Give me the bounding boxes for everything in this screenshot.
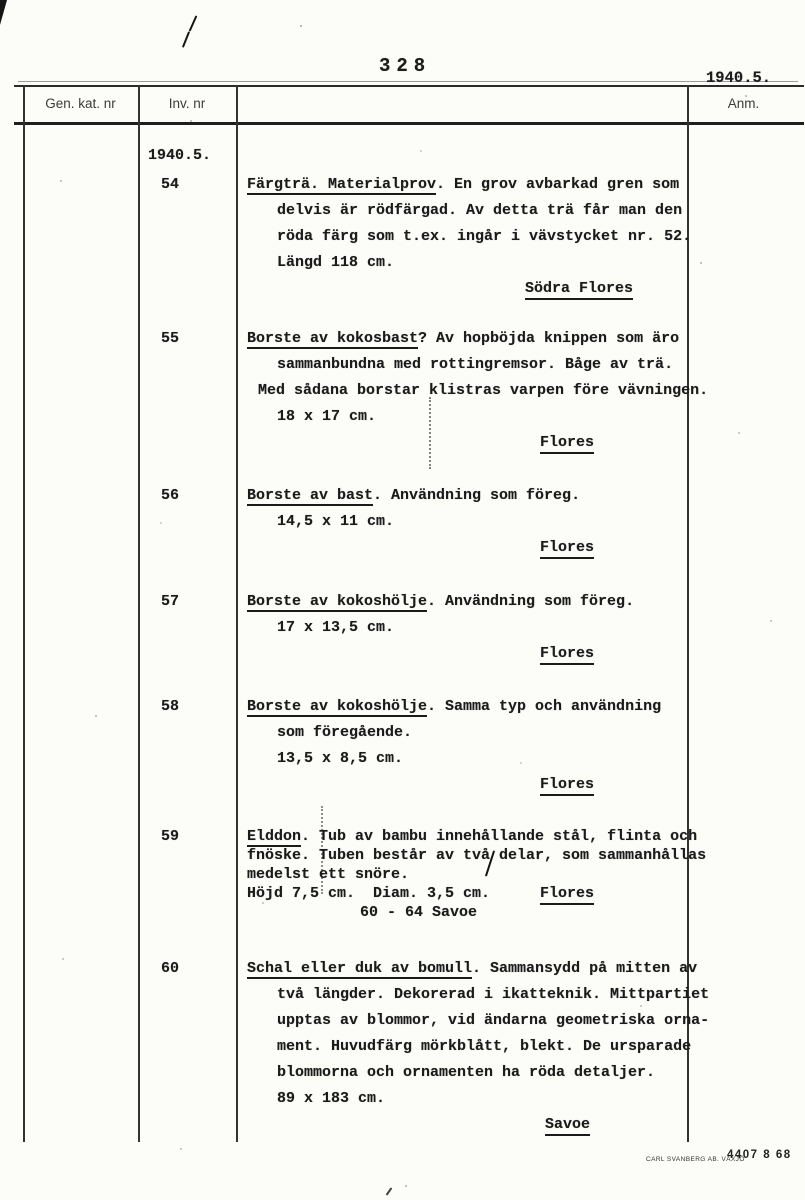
entry-text-line: fnöske. Tuben består av två delar, som s…: [247, 847, 706, 865]
entry-title: Borste av kokosbast: [247, 330, 418, 349]
entry-title-rest: . En grov avbarkad gren som: [436, 176, 679, 193]
entry-title-rest: . Samma typ och användning: [427, 698, 661, 715]
entry-text-line: Höjd 7,5 cm. Diam. 3,5 cm.: [247, 885, 490, 903]
entry-first-line: Borste av kokosbast? Av hopböjda knippen…: [247, 330, 679, 348]
scan-noise: [0, 0, 2, 2]
entry-text-line: sammanbundna med rottingremsor. Båge av …: [277, 356, 673, 374]
entry-title: Elddon: [247, 828, 301, 847]
entry-text-line: medelst ett snöre.: [247, 866, 409, 884]
entry-location: Flores: [540, 645, 594, 665]
handwritten-mark: [386, 1187, 393, 1196]
entry-first-line: Borste av kokoshölje. Samma typ och anvä…: [247, 698, 661, 716]
entry-first-line: Borste av bast. Användning som föreg.: [247, 487, 580, 505]
entry-number: 57: [150, 593, 190, 611]
entry-location: Flores: [540, 434, 594, 454]
scan-corner-shadow: [0, 0, 7, 25]
entry-first-line: Schal eller duk av bomull. Sammansydd på…: [247, 960, 697, 978]
page-number: 328: [379, 57, 431, 75]
entry-location: Flores: [540, 776, 594, 796]
entry-location: Flores: [540, 885, 594, 905]
entry-title-rest: ? Av hopböjda knippen som äro: [418, 330, 679, 347]
entry-title-rest: . Sammansydd på mitten av: [472, 960, 697, 977]
entry-text-line: 13,5 x 8,5 cm.: [277, 750, 403, 768]
col-header-anm: Anm.: [687, 96, 800, 111]
group-year-label: 1940.5.: [148, 147, 211, 165]
entry-text-line: 18 x 17 cm.: [277, 408, 376, 426]
entry-title: Borste av kokoshölje: [247, 698, 427, 717]
table-rule-top: [14, 85, 804, 87]
entry-text-line: 17 x 13,5 cm.: [277, 619, 394, 637]
entry-title: Borste av bast: [247, 487, 373, 506]
table-rule-header-bottom: [14, 122, 804, 125]
entry-first-line: Färgträ. Materialprov. En grov avbarkad …: [247, 176, 679, 194]
entry-text-line: delvis är rödfärgad. Av detta trä får ma…: [277, 202, 682, 220]
table-rule-top-thin: [18, 81, 798, 82]
entry-center-note: 60 - 64 Savoe: [360, 904, 477, 922]
entry-number: 55: [150, 330, 190, 348]
entry-location: Södra Flores: [525, 280, 633, 300]
entry-number: 58: [150, 698, 190, 716]
entry-text-line: Längd 118 cm.: [277, 254, 394, 272]
entry-number: 54: [150, 176, 190, 194]
entry-title: Färgträ. Materialprov: [247, 176, 436, 195]
entry-text-line: upptas av blommor, vid ändarna geometris…: [277, 1012, 709, 1030]
entry-text-line: Med sådana borstar klistras varpen före …: [258, 382, 708, 400]
entry-title-rest: . Tub av bambu innehållande stål, flinta…: [301, 828, 697, 845]
entry-text-line: röda färg som t.ex. ingår i vävstycket n…: [277, 228, 691, 246]
entry-number: 59: [150, 828, 190, 846]
entry-title-rest: . Användning som föreg.: [373, 487, 580, 504]
entry-text-line: som föregående.: [277, 724, 412, 742]
entry-text-line: 14,5 x 11 cm.: [277, 513, 394, 531]
column-divider-1: [138, 85, 140, 1142]
entry-text-line: ment. Huvudfärg mörkblått, blekt. De urs…: [277, 1038, 691, 1056]
entry-location: Flores: [540, 539, 594, 559]
entry-first-line: Borste av kokoshölje. Användning som för…: [247, 593, 634, 611]
entry-first-line: Elddon. Tub av bambu innehållande stål, …: [247, 828, 697, 846]
col-header-inv-nr: Inv. nr: [138, 96, 236, 111]
entry-text-line: två längder. Dekorerad i ikatteknik. Mit…: [277, 986, 709, 1004]
column-divider-2: [236, 85, 238, 1142]
printer-code: 4407 8 68: [727, 1149, 792, 1161]
entry-text-line: 89 x 183 cm.: [277, 1090, 385, 1108]
col-header-gen-kat-nr: Gen. kat. nr: [23, 96, 138, 111]
scan-smudge: [429, 397, 431, 469]
table-border-left: [23, 85, 25, 1142]
entry-number: 56: [150, 487, 190, 505]
entry-title-rest: . Användning som föreg.: [427, 593, 634, 610]
entry-title: Schal eller duk av bomull: [247, 960, 472, 979]
entry-text-line: blommorna och ornamenten ha röda detalje…: [277, 1064, 655, 1082]
entry-location: Savoe: [545, 1116, 590, 1136]
scanned-catalog-page: 328 1940.5. Gen. kat. nr Inv. nr Anm. 19…: [0, 0, 805, 1200]
entry-number: 60: [150, 960, 190, 978]
handwritten-mark: [189, 15, 198, 31]
handwritten-mark: [182, 31, 190, 48]
entry-title: Borste av kokoshölje: [247, 593, 427, 612]
